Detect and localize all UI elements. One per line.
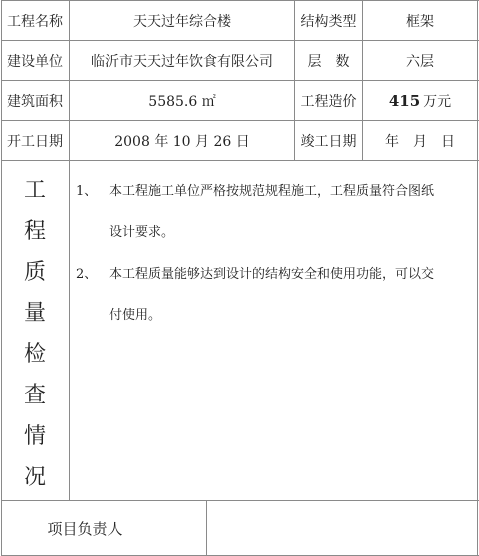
value-project-name: 天天过年综合楼 [70,1,294,40]
label-completion-date: 竣工日期 [295,121,362,160]
label-char: 检 [24,334,46,375]
label-char: 程 [24,211,46,252]
label-project-cost: 工程造价 [295,81,362,120]
label-char: 情 [24,416,46,457]
project-quality-form: 工程名称 天天过年综合楼 结构类型 框架 建设单位 临沂市天天过年饮食有限公司 … [0,0,479,556]
cost-unit: 万元 [423,91,451,111]
label-floor-area: 建筑面积 [1,81,69,120]
label-floors: 层 数 [295,41,362,80]
label-char: 量 [24,293,46,334]
label-char: 况 [24,457,46,498]
value-developer: 临沂市天天过年饮食有限公司 [70,41,294,80]
value-start-date: 2008 年 10 月 26 日 [70,121,294,160]
item-1-number: 1、 [76,180,97,199]
label-char: 查 [24,375,46,416]
label-developer: 建设单位 [1,41,69,80]
item-1-line-1: 本工程施工单位严格按规范规程施工，工程质量符合图纸 [109,180,434,199]
item-2-number: 2、 [76,263,97,282]
value-structure-type: 框架 [363,1,477,40]
label-structure-type: 结构类型 [295,1,362,40]
quality-inspection-label: 工 程 质 量 检 查 情 况 [1,170,69,498]
value-project-manager[interactable] [207,501,477,555]
value-floors: 六层 [363,41,477,80]
label-char: 工 [24,170,46,211]
value-floor-area: 5585.6 ㎡ [70,81,294,120]
value-completion-date: 年 月 日 [363,121,477,160]
value-project-cost: 415 万元 [363,81,477,120]
item-1-line-2: 设计要求。 [109,221,174,240]
border-right [477,0,478,556]
item-2-line-1: 本工程质量能够达到设计的结构安全和使用功能，可以交 [109,263,434,282]
label-project-name: 工程名称 [1,1,69,40]
cost-amount: 415 [389,92,420,110]
label-start-date: 开工日期 [1,121,69,160]
row-divider-4 [1,160,479,161]
label-project-manager: 项目负责人 [2,501,168,555]
item-2-line-2: 付使用。 [109,304,161,323]
label-char: 质 [24,252,46,293]
